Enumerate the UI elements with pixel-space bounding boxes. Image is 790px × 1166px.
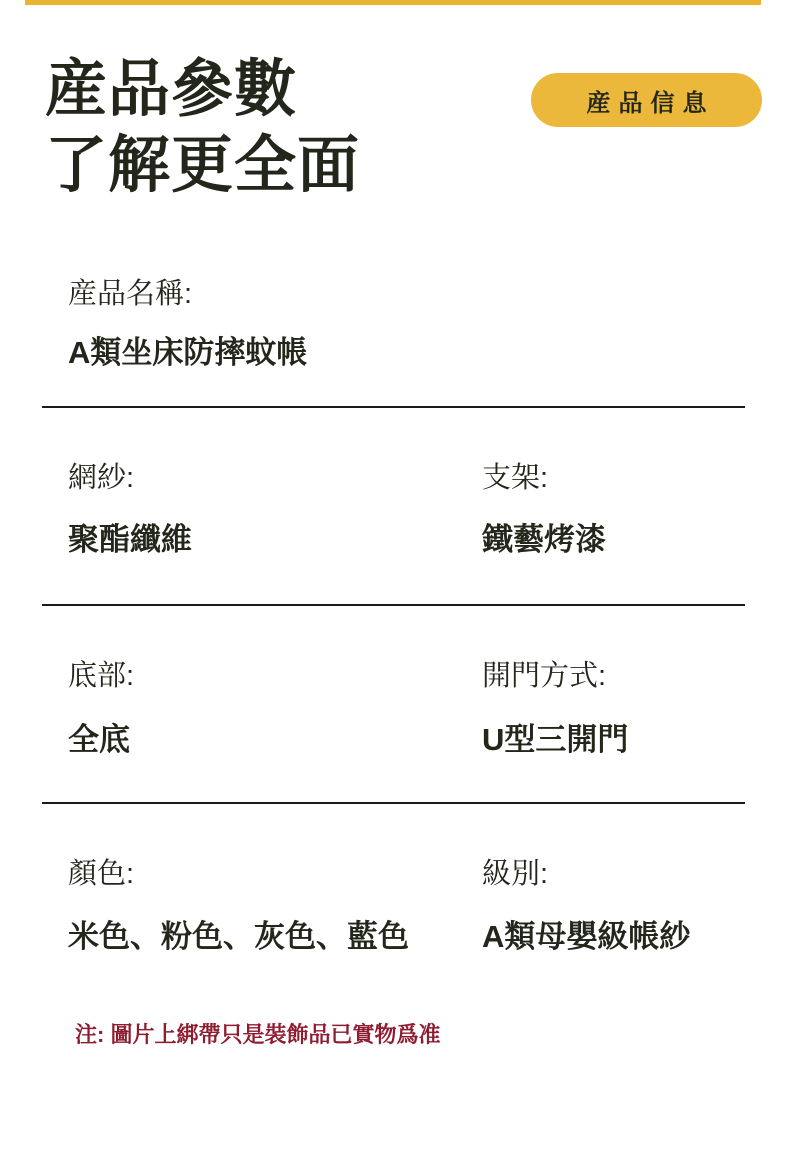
info-badge: 産品信息 <box>531 73 762 127</box>
spec-label-product-name: 産品名稱: <box>68 276 192 312</box>
top-accent-bar <box>25 0 761 5</box>
spec-value-bottom: 全底 <box>68 720 130 760</box>
spec-label-mesh: 網紗: <box>68 460 134 496</box>
title-line-1: 産品參數 <box>45 52 360 128</box>
title-line-2: 了解更全面 <box>45 128 360 204</box>
spec-value-product-name: A類坐床防摔蚊帳 <box>68 333 307 373</box>
section-divider <box>42 802 745 804</box>
spec-value-color: 米色、粉色、灰色、藍色 <box>68 917 409 957</box>
product-info-page: 産品參數 了解更全面 産品信息 産品名稱: A類坐床防摔蚊帳 網紗: 聚酯纖維 … <box>0 0 790 1166</box>
note-text: 注: 圖片上綁帶只是裝飾品已實物爲准 <box>75 1020 440 1050</box>
section-divider <box>42 406 745 408</box>
spec-label-grade: 級別: <box>482 856 548 892</box>
section-divider <box>42 604 745 606</box>
spec-value-door: U型三開門 <box>482 720 628 760</box>
spec-value-grade: A類母嬰級帳紗 <box>482 917 690 957</box>
spec-label-color: 顏色: <box>68 856 134 892</box>
spec-value-frame: 鐵藝烤漆 <box>482 520 606 560</box>
spec-label-frame: 支架: <box>482 460 548 496</box>
spec-label-bottom: 底部: <box>68 658 134 694</box>
spec-label-door: 開門方式: <box>482 658 606 694</box>
spec-value-mesh: 聚酯纖維 <box>68 520 192 560</box>
page-title: 産品參數 了解更全面 <box>45 52 360 204</box>
badge-label: 産品信息 <box>579 83 715 118</box>
